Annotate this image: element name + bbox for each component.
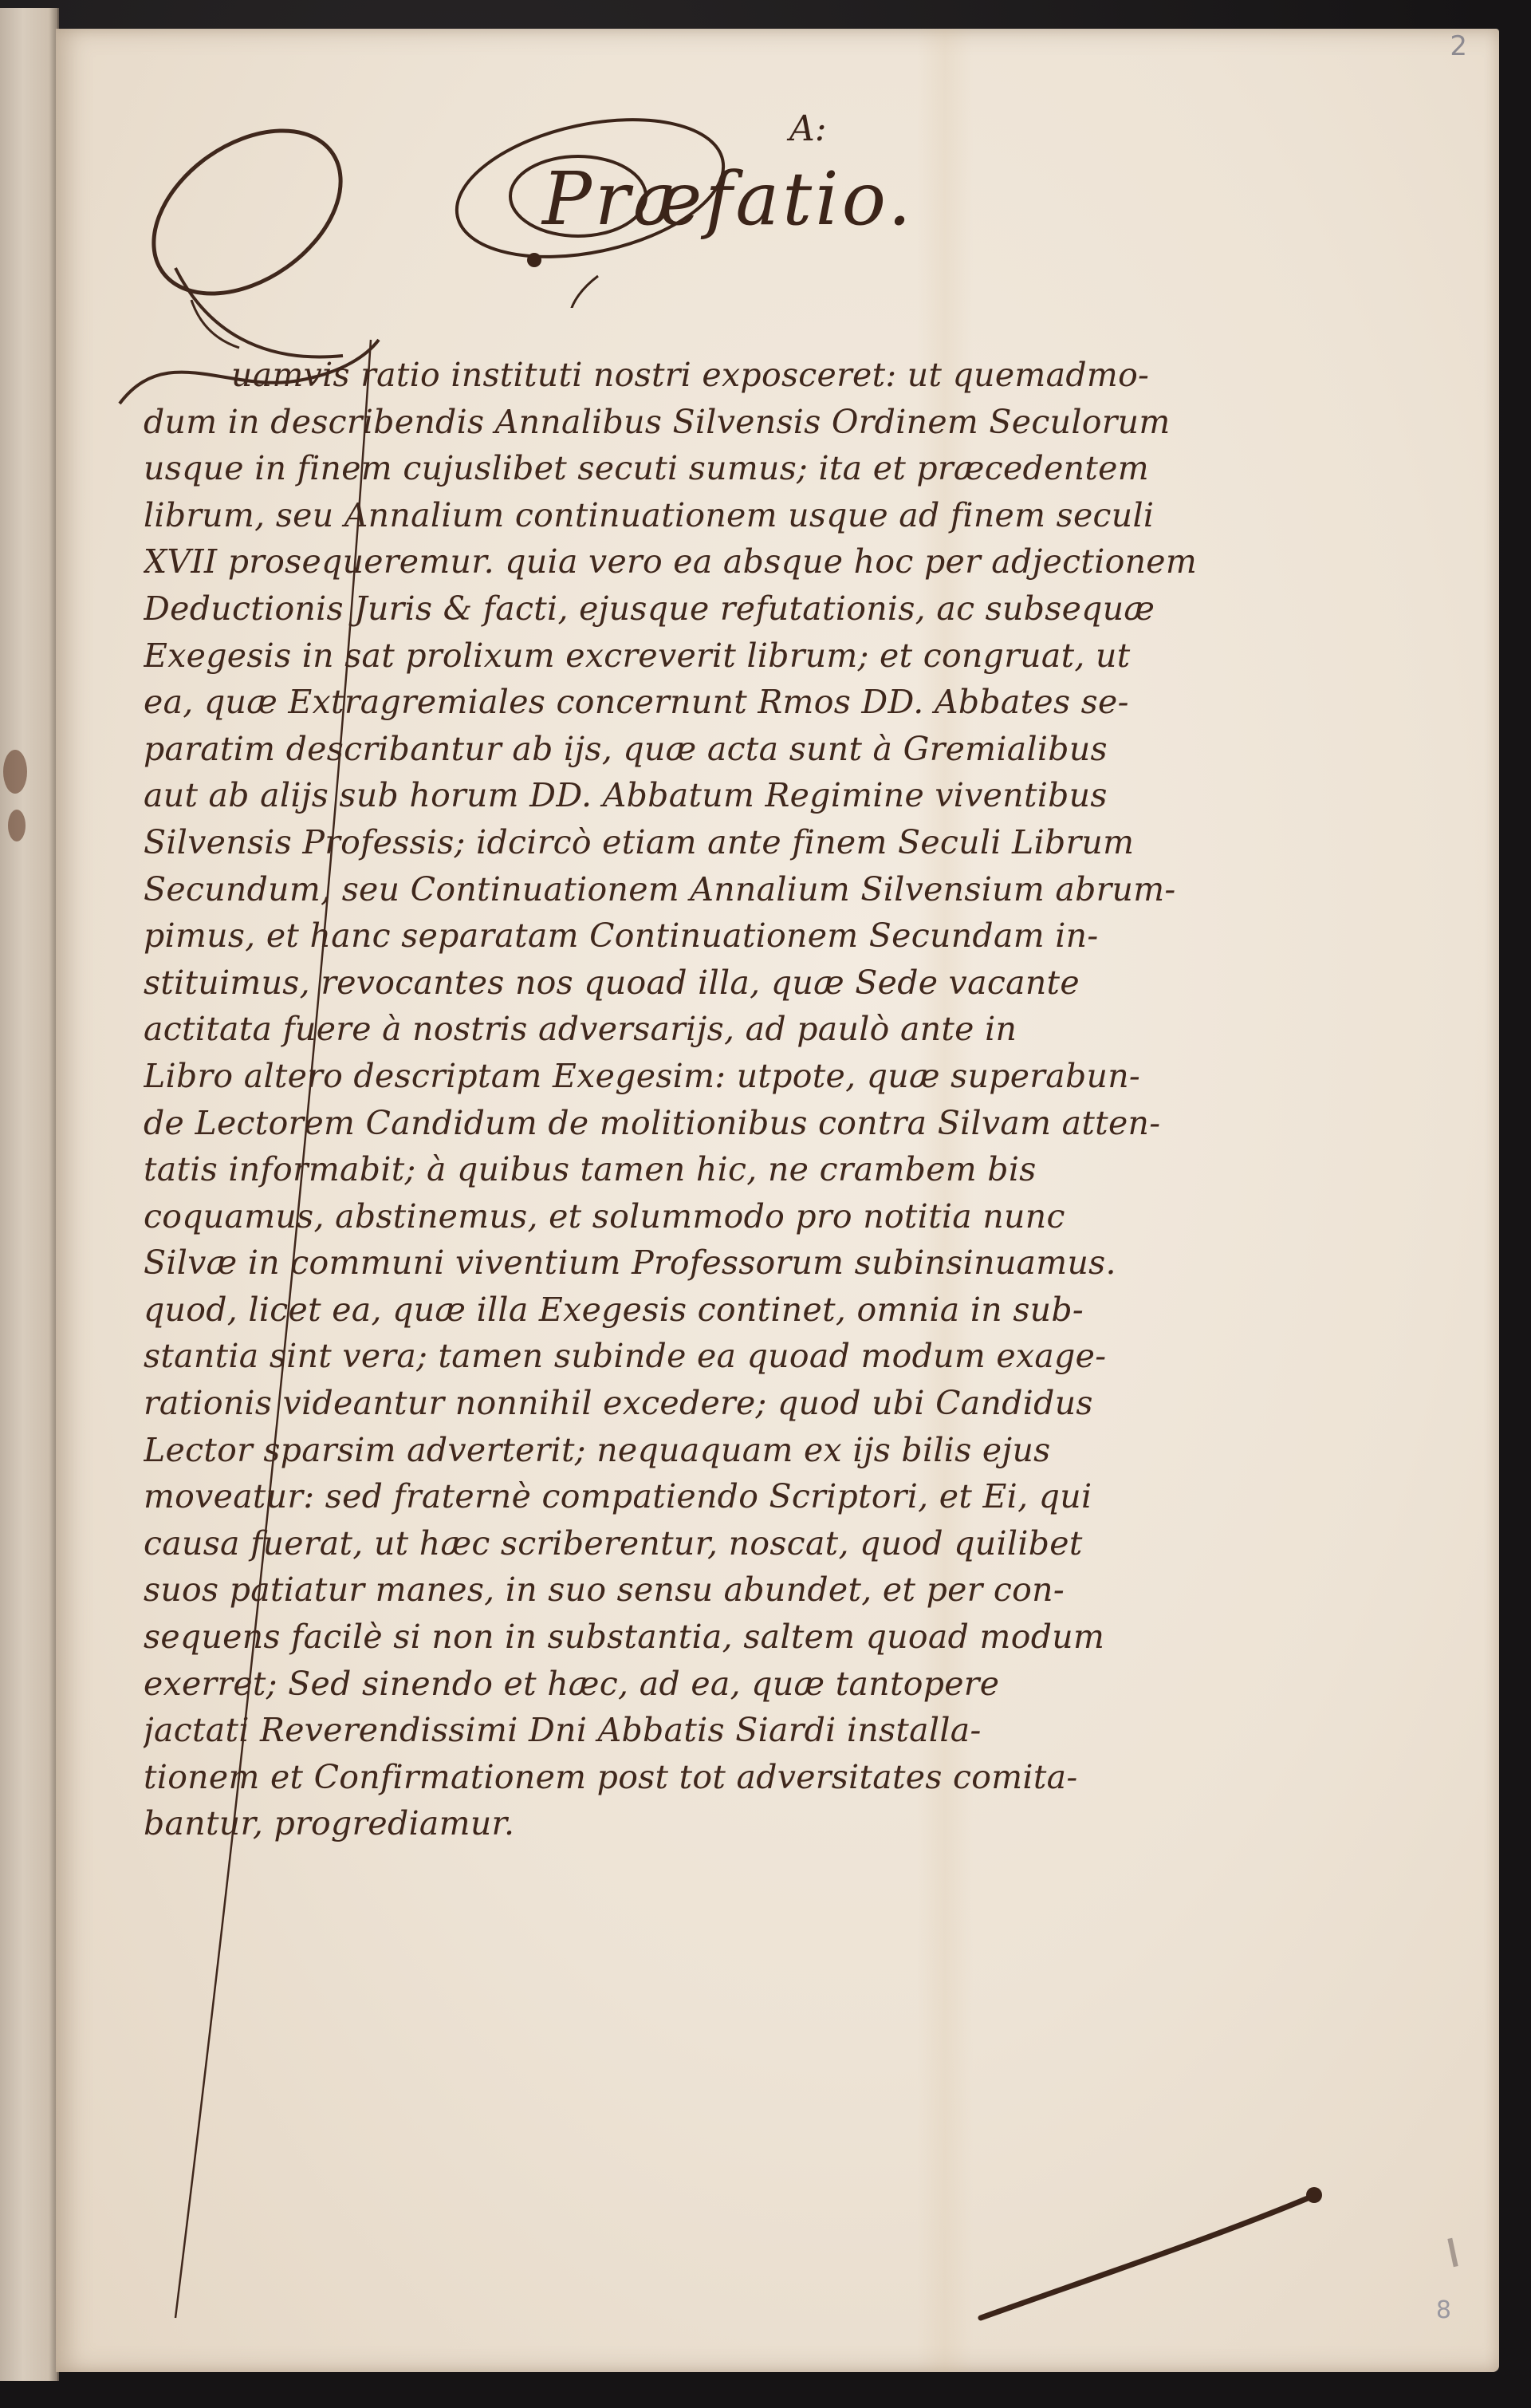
text-line: uamvis ratio instituti nostri exposceret…	[144, 352, 1387, 399]
text-line: Secundum, seu Continuationem Annalium Si…	[144, 866, 1387, 913]
text-line: bantur, progrediamur.	[144, 1800, 1387, 1847]
manuscript-body: uamvis ratio instituti nostri exposceret…	[144, 352, 1387, 1847]
page-title: Præfatio.	[542, 156, 915, 242]
text-line: suos patiatur manes, in suo sensu abunde…	[144, 1567, 1387, 1614]
text-line: Exegesis in sat prolixum excreverit libr…	[144, 633, 1387, 680]
text-line: Libro altero descriptam Exegesim: utpote…	[144, 1053, 1387, 1100]
text-line: pimus, et hanc separatam Continuationem …	[144, 912, 1387, 960]
text-line: paratim describantur ab ijs, quæ acta su…	[144, 726, 1387, 773]
text-line: moveatur: sed fraternè compatiendo Scrip…	[144, 1473, 1387, 1520]
facing-page-edge	[0, 8, 59, 2381]
text-line: librum, seu Annalium continuationem usqu…	[144, 492, 1387, 539]
text-line: Deductionis Juris & facti, ejusque refut…	[144, 585, 1387, 633]
manuscript-page: 2 8 A: Præfatio. uamvis ratio instituti …	[56, 29, 1499, 2372]
heading-block: A: Præfatio.	[439, 100, 1076, 308]
text-line: tionem et Confirmationem post tot advers…	[144, 1754, 1387, 1801]
text-line: quod, licet ea, quæ illa Exegesis contin…	[144, 1287, 1387, 1334]
text-line: exerret; Sed sinendo et hæc, ad ea, quæ …	[144, 1661, 1387, 1708]
text-line: usque in finem cujuslibet secuti sumus; …	[144, 445, 1387, 492]
text-line: coquamus, abstinemus, et solummodo pro n…	[144, 1193, 1387, 1240]
text-line: Silvensis Professis; idcircò etiam ante …	[144, 819, 1387, 866]
text-line: XVII prosequeremur. quia vero ea absque …	[144, 538, 1387, 585]
heading-mark: A:	[789, 108, 827, 149]
text-line: Silvæ in communi viventium Professorum s…	[144, 1239, 1387, 1287]
text-line: rationis videantur nonnihil excedere; qu…	[144, 1380, 1387, 1427]
ink-stain	[8, 810, 26, 841]
text-line: de Lectorem Candidum de molitionibus con…	[144, 1100, 1387, 1147]
folio-number-bottom: 8	[1436, 2296, 1451, 2324]
text-line: actitata fuere à nostris adversarijs, ad…	[144, 1006, 1387, 1053]
text-line: tatis informabit; à quibus tamen hic, ne…	[144, 1146, 1387, 1193]
text-line: stantia sint vera; tamen subinde ea quoa…	[144, 1333, 1387, 1380]
text-line: causa fuerat, ut hæc scriberentur, nosca…	[144, 1520, 1387, 1567]
pencil-mark	[1447, 2238, 1458, 2267]
folio-number-top: 2	[1450, 30, 1467, 62]
text-line: jactati Reverendissimi Dni Abbatis Siard…	[144, 1707, 1387, 1754]
text-line: stituimus, revocantes nos quoad illa, qu…	[144, 960, 1387, 1007]
text-line: dum in describendis Annalibus Silvensis …	[144, 399, 1387, 446]
text-line: Lector sparsim adverterit; nequaquam ex …	[144, 1427, 1387, 1474]
ink-stain	[3, 750, 27, 794]
closing-flourish-icon	[973, 2182, 1340, 2326]
text-line: ea, quæ Extragremiales concernunt Rmos D…	[144, 679, 1387, 726]
text-line: aut ab alijs sub horum DD. Abbatum Regim…	[144, 772, 1387, 819]
text-line: sequens facilè si non in substantia, sal…	[144, 1614, 1387, 1661]
